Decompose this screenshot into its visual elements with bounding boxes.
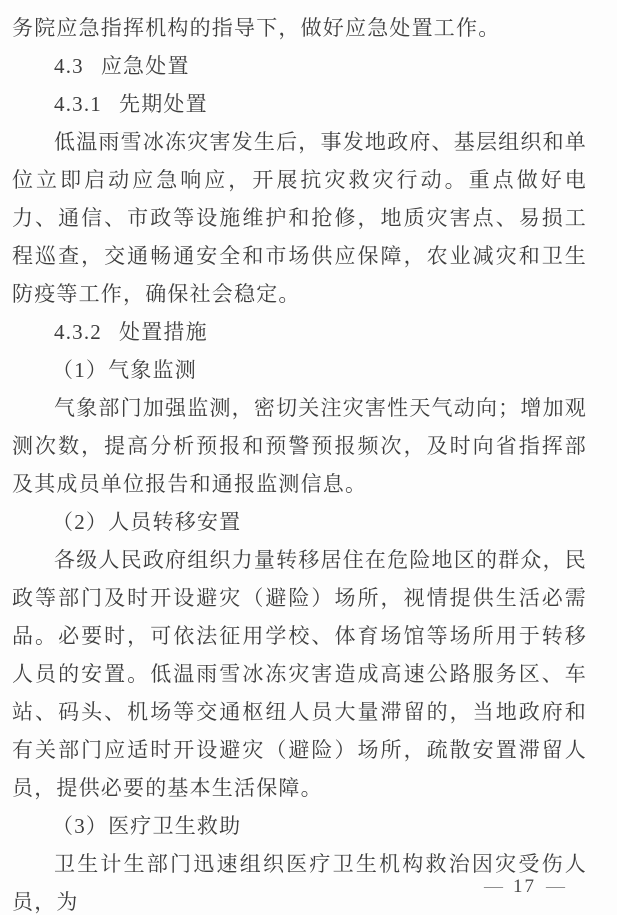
page-footer: —17— (474, 873, 575, 901)
footer-dash-left: — (474, 876, 513, 897)
body-paragraph: 各级人民政府组织力量转移居住在危险地区的群众，民政等部门及时开设避灾（避险）场所… (12, 541, 587, 807)
section-number: 4.3.2 (54, 320, 102, 344)
page-number: 17 (513, 876, 536, 897)
document-page: 务院应急指挥机构的指导下，做好应急处置工作。 4.3应急处置 4.3.1先期处置… (0, 0, 617, 915)
body-paragraph: 气象部门加强监测，密切关注灾害性天气动向；增加观测次数，提高分析预报和预警预报频… (12, 389, 587, 503)
section-title: 处置措施 (119, 320, 208, 344)
section-title: 先期处置 (119, 92, 208, 116)
list-item-heading-2: （2）人员转移安置 (12, 503, 587, 541)
section-heading-4-3: 4.3应急处置 (12, 47, 587, 85)
section-heading-4-3-2: 4.3.2处置措施 (12, 313, 587, 351)
section-number: 4.3 (54, 54, 84, 78)
section-number: 4.3.1 (54, 92, 102, 116)
list-item-heading-1: （1）气象监测 (12, 351, 587, 389)
body-paragraph: 低温雨雪冰冻灾害发生后，事发地政府、基层组织和单位立即启动应急响应，开展抗灾救灾… (12, 123, 587, 313)
continuation-paragraph: 务院应急指挥机构的指导下，做好应急处置工作。 (12, 9, 587, 47)
section-title: 应急处置 (101, 54, 190, 78)
footer-dash-right: — (536, 876, 575, 897)
section-heading-4-3-1: 4.3.1先期处置 (12, 85, 587, 123)
list-item-heading-3: （3）医疗卫生救助 (12, 807, 587, 845)
